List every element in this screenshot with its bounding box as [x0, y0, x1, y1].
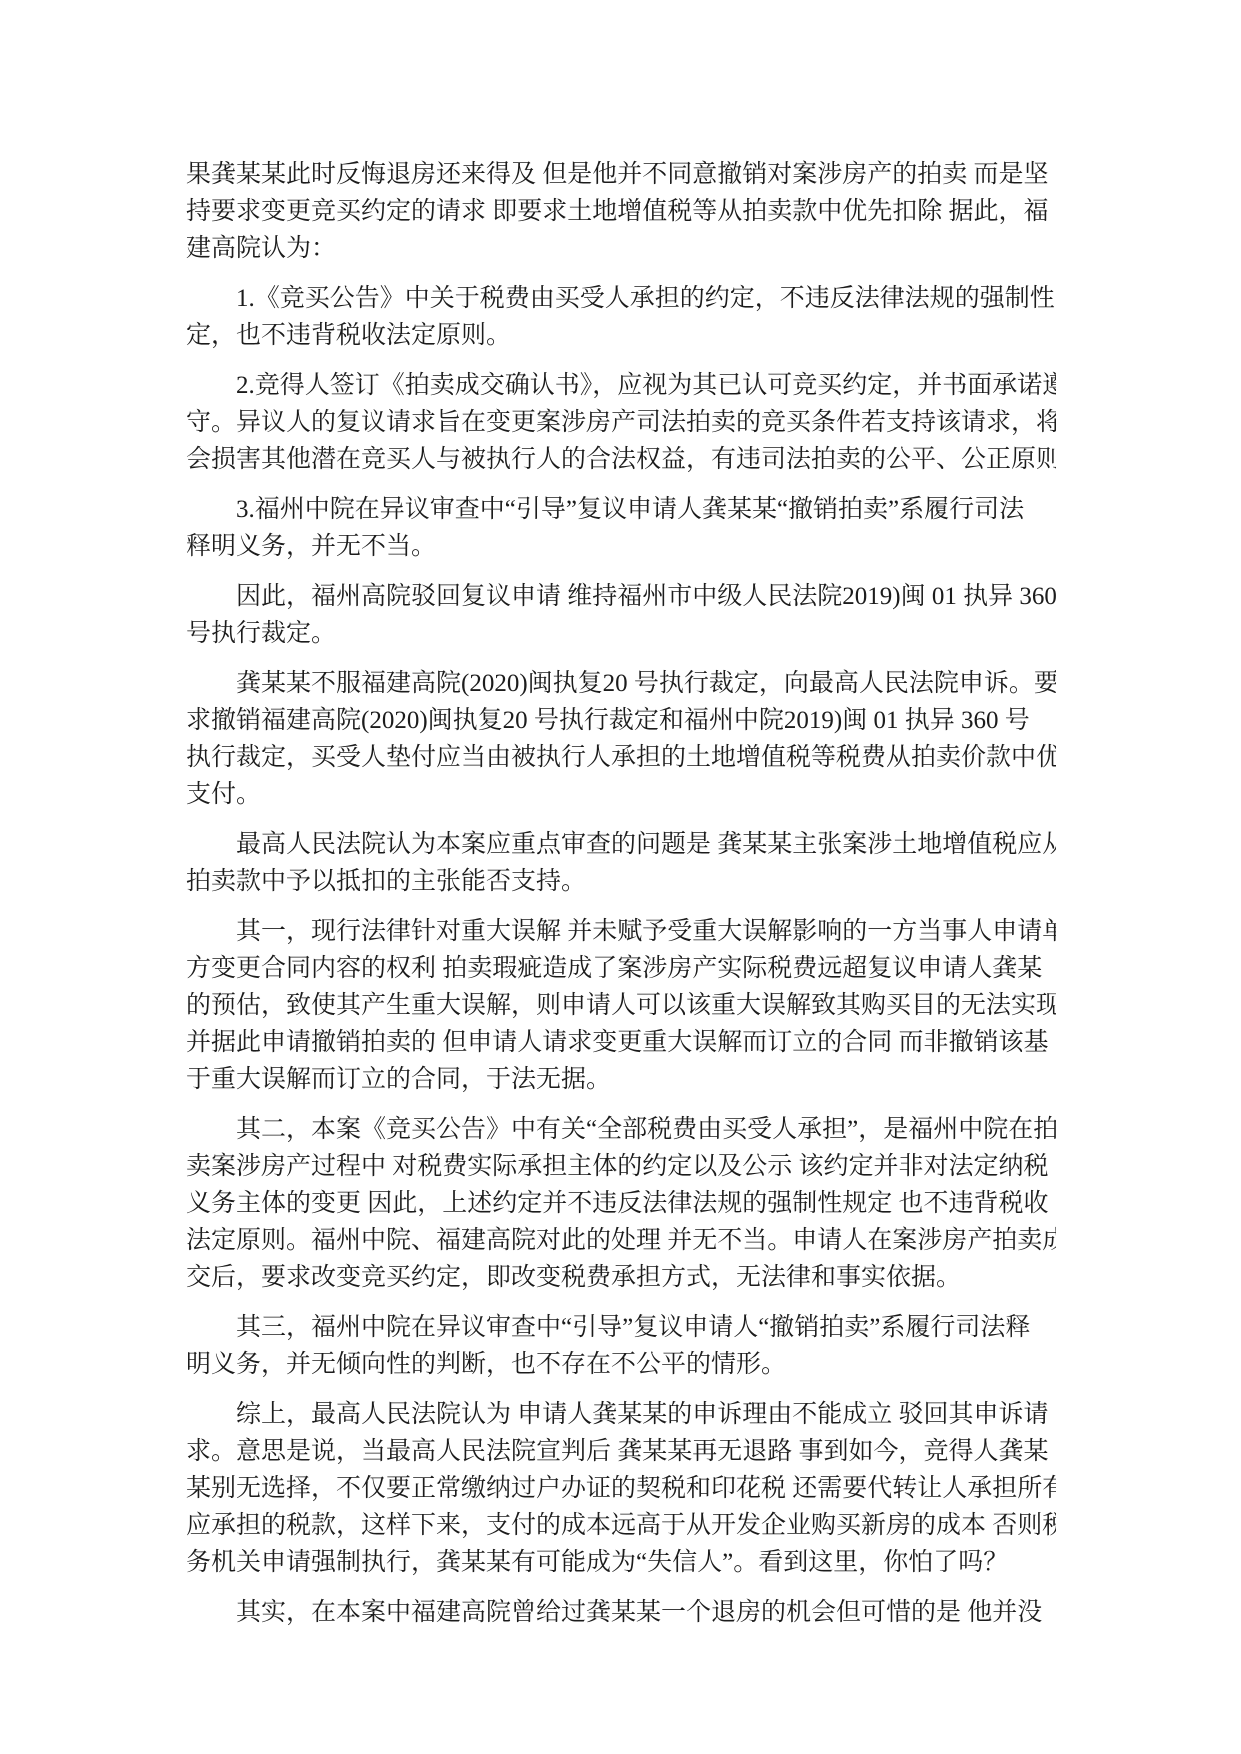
document-page: 果龚某某此时反悔退房还来得及 但是他并不同意撤销对案涉房产的拍卖 而是坚持要求变… — [186, 156, 1056, 1644]
text-line: 支付。 — [186, 776, 1056, 813]
paragraph: 龚某某不服福建高院(2020)闽执复20 号执行裁定，向最高人民法院申诉。要求撤… — [186, 665, 1056, 813]
paragraph: 果龚某某此时反悔退房还来得及 但是他并不同意撤销对案涉房产的拍卖 而是坚持要求变… — [186, 156, 1056, 267]
text-line: 释明义务，并无不当。 — [186, 528, 1056, 565]
paragraph: 2.竞得人签订《拍卖成交确认书》，应视为其已认可竞买约定，并书面承诺遵守。异议人… — [186, 367, 1056, 478]
text-line: 于重大误解而订立的合同，于法无据。 — [186, 1061, 1056, 1098]
text-line: 3.福州中院在异议审查中“引导”复议申请人龚某某“撤销拍卖”系履行司法 — [186, 491, 1056, 528]
text-line: 并据此申请撤销拍卖的 但申请人请求变更重大误解而订立的合同 而非撤销该基 — [186, 1024, 1056, 1061]
text-line: 持要求变更竞买约定的请求 即要求土地增值税等从拍卖款中优先扣除 据此，福 — [186, 193, 1056, 230]
text-line: 方变更合同内容的权利 拍卖瑕疵造成了案涉房产实际税费远超复议申请人龚某 — [186, 950, 1056, 987]
paragraph: 其实，在本案中福建高院曾给过龚某某一个退房的机会但可惜的是 他并没 — [186, 1594, 1056, 1631]
text-line: 综上，最高人民法院认为 申请人龚某某的申诉理由不能成立 驳回其申诉请 — [186, 1396, 1056, 1433]
text-line: 会损害其他潜在竞买人与被执行人的合法权益，有违司法拍卖的公平、公正原则 — [186, 441, 1056, 478]
text-line: 最高人民法院认为本案应重点审查的问题是 龚某某主张案涉土地增值税应从 — [186, 826, 1056, 863]
paragraph: 其二，本案《竞买公告》中有关“全部税费由买受人承担”，是福州中院在拍卖案涉房产过… — [186, 1111, 1056, 1296]
text-line: 明义务，并无倾向性的判断，也不存在不公平的情形。 — [186, 1346, 1056, 1383]
text-line: 定，也不违背税收法定原则。 — [186, 317, 1056, 354]
text-line: 其三，福州中院在异议审查中“引导”复议申请人“撤销拍卖”系履行司法释 — [186, 1309, 1056, 1346]
paragraph: 其三，福州中院在异议审查中“引导”复议申请人“撤销拍卖”系履行司法释明义务，并无… — [186, 1309, 1056, 1383]
text-line: 其二，本案《竞买公告》中有关“全部税费由买受人承担”，是福州中院在拍 — [186, 1111, 1056, 1148]
paragraph: 1.《竞买公告》中关于税费由买受人承担的约定，不违反法律法规的强制性定，也不违背… — [186, 280, 1056, 354]
text-line: 执行裁定，买受人垫付应当由被执行人承担的土地增值税等税费从拍卖价款中优先 — [186, 739, 1056, 776]
text-line: 守。异议人的复议请求旨在变更案涉房产司法拍卖的竞买条件若支持该请求，将 — [186, 404, 1056, 441]
text-line: 的预估，致使其产生重大误解，则申请人可以该重大误解致其购买目的无法实现 — [186, 987, 1056, 1024]
text-line: 应承担的税款，这样下来，支付的成本远高于从开发企业购买新房的成本 否则税 — [186, 1507, 1056, 1544]
text-line: 义务主体的变更 因此，上述约定并不违反法律法规的强制性规定 也不违背税收 — [186, 1185, 1056, 1222]
text-line: 求。意思是说，当最高人民法院宣判后 龚某某再无退路 事到如今，竞得人龚某 — [186, 1433, 1056, 1470]
text-line: 1.《竞买公告》中关于税费由买受人承担的约定，不违反法律法规的强制性 — [186, 280, 1056, 317]
paragraph: 其一，现行法律针对重大误解 并未赋予受重大误解影响的一方当事人申请单方变更合同内… — [186, 913, 1056, 1098]
text-line: 法定原则。福州中院、福建高院对此的处理 并无不当。申请人在案涉房产拍卖成 — [186, 1222, 1056, 1259]
text-line: 建高院认为： — [186, 230, 1056, 267]
text-line: 号执行裁定。 — [186, 615, 1056, 652]
text-line: 求撤销福建高院(2020)闽执复20 号执行裁定和福州中院2019)闽 01 执… — [186, 702, 1056, 739]
text-line: 其实，在本案中福建高院曾给过龚某某一个退房的机会但可惜的是 他并没 — [186, 1594, 1056, 1631]
text-line: 其一，现行法律针对重大误解 并未赋予受重大误解影响的一方当事人申请单 — [186, 913, 1056, 950]
text-line: 拍卖款中予以抵扣的主张能否支持。 — [186, 863, 1056, 900]
paragraph: 因此，福州高院驳回复议申请 维持福州市中级人民法院2019)闽 01 执异 36… — [186, 578, 1056, 652]
paragraph: 3.福州中院在异议审查中“引导”复议申请人龚某某“撤销拍卖”系履行司法释明义务，… — [186, 491, 1056, 565]
paragraph: 最高人民法院认为本案应重点审查的问题是 龚某某主张案涉土地增值税应从拍卖款中予以… — [186, 826, 1056, 900]
text-line: 某别无选择，不仅要正常缴纳过户办证的契税和印花税 还需要代转让人承担所有 — [186, 1470, 1056, 1507]
text-line: 卖案涉房产过程中 对税费实际承担主体的约定以及公示 该约定并非对法定纳税 — [186, 1148, 1056, 1185]
text-line: 2.竞得人签订《拍卖成交确认书》，应视为其已认可竞买约定，并书面承诺遵 — [186, 367, 1056, 404]
text-line: 交后，要求改变竞买约定，即改变税费承担方式，无法律和事实依据。 — [186, 1259, 1056, 1296]
text-line: 果龚某某此时反悔退房还来得及 但是他并不同意撤销对案涉房产的拍卖 而是坚 — [186, 156, 1056, 193]
text-line: 务机关申请强制执行，龚某某有可能成为“失信人”。看到这里，你怕了吗？ — [186, 1544, 1056, 1581]
text-line: 龚某某不服福建高院(2020)闽执复20 号执行裁定，向最高人民法院申诉。要 — [186, 665, 1056, 702]
paragraph: 综上，最高人民法院认为 申请人龚某某的申诉理由不能成立 驳回其申诉请求。意思是说… — [186, 1396, 1056, 1581]
text-line: 因此，福州高院驳回复议申请 维持福州市中级人民法院2019)闽 01 执异 36… — [186, 578, 1056, 615]
